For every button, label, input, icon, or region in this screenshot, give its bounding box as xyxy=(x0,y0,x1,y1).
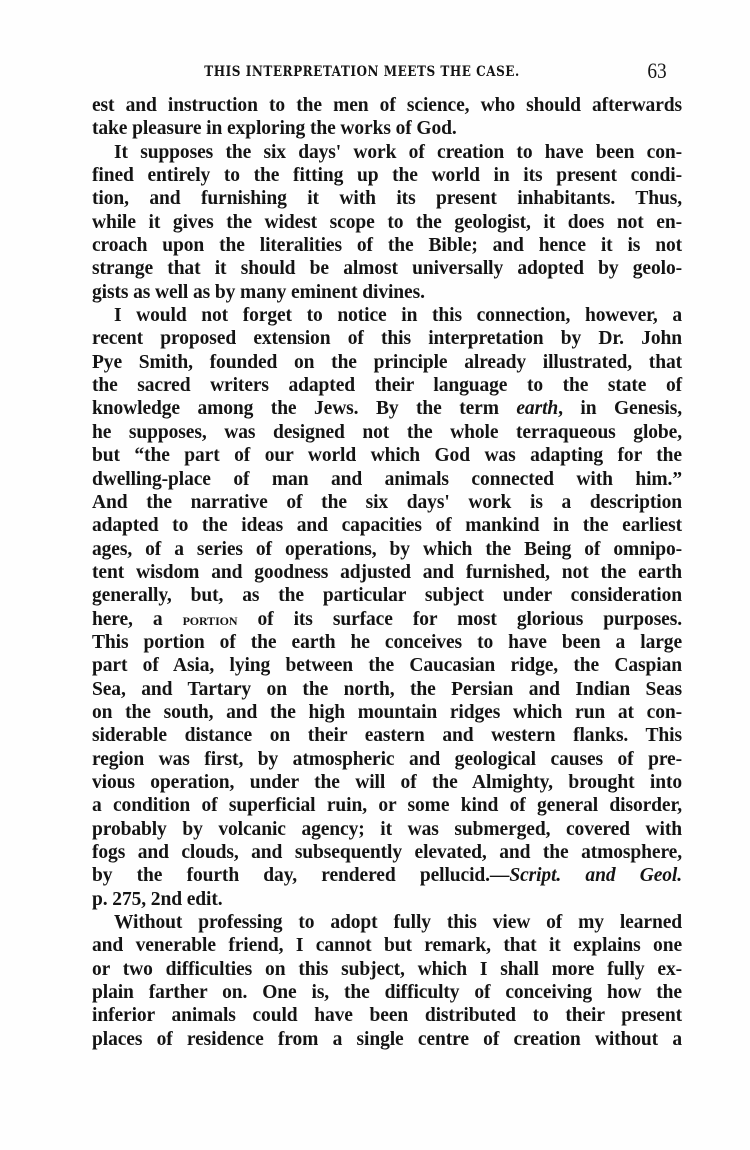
text-line: siderable distance on their eastern and … xyxy=(92,724,682,747)
text-line: fogs and clouds, and subsequently elevat… xyxy=(92,841,682,864)
text-line: And the narrative of the six days' work … xyxy=(92,491,682,514)
text-line: tion, and furnishing it with its present… xyxy=(92,187,682,210)
body-text: est and instruction to the men of scienc… xyxy=(92,94,682,1051)
text-line: vious operation, under the will of the A… xyxy=(92,771,682,794)
text-line: here, a portion of its surface for most … xyxy=(92,608,682,631)
text-line: he supposes, was designed not the whole … xyxy=(92,421,682,444)
text-line: Pye Smith, founded on the principle alre… xyxy=(92,351,682,374)
text-line: croach upon the literalities of the Bibl… xyxy=(92,234,682,257)
text-line: I would not forget to notice in this con… xyxy=(92,304,682,327)
text-line: tent wisdom and goodness adjusted and fu… xyxy=(92,561,682,584)
running-title: This Interpretation Meets the Case. xyxy=(173,64,551,80)
text-line: Without professing to adopt fully this v… xyxy=(92,911,682,934)
paragraph: It supposes the six days' work of creati… xyxy=(92,141,682,304)
text-line: but “the part of our world which God was… xyxy=(92,444,682,467)
text-line: or two difficulties on this subject, whi… xyxy=(92,958,682,981)
text-line: by the fourth day, rendered pellucid.—Sc… xyxy=(92,864,682,887)
text-line: the sacred writers adapted their languag… xyxy=(92,374,682,397)
text-line: part of Asia, lying between the Caucasia… xyxy=(92,654,682,677)
text-line: Sea, and Tartary on the north, the Persi… xyxy=(92,678,682,701)
text-line: plain farther on. One is, the difficulty… xyxy=(92,981,682,1004)
text-line: places of residence from a single centre… xyxy=(92,1028,682,1051)
paragraph: Without professing to adopt fully this v… xyxy=(92,911,682,1051)
text-line: This portion of the earth he conceives t… xyxy=(92,631,682,654)
text-line: generally, but, as the particular subjec… xyxy=(92,584,682,607)
paragraph: I would not forget to notice in this con… xyxy=(92,304,682,911)
text-line: p. 275, 2nd edit. xyxy=(92,888,682,911)
text-line: region was first, by atmospheric and geo… xyxy=(92,748,682,771)
text-line: knowledge among the Jews. By the term ea… xyxy=(92,397,682,420)
page-number: 63 xyxy=(647,58,666,84)
text-line: on the south, and the high mountain ridg… xyxy=(92,701,682,724)
text-line: gists as well as by many eminent divines… xyxy=(92,281,682,304)
text-line: inferior animals could have been distrib… xyxy=(92,1004,682,1027)
paragraph: est and instruction to the men of scienc… xyxy=(92,94,682,141)
text-line: adapted to the ideas and capacities of m… xyxy=(92,514,682,537)
text-line: ages, of a series of operations, by whic… xyxy=(92,538,682,561)
small-caps-text: portion xyxy=(183,610,238,629)
text-line: and venerable friend, I cannot but remar… xyxy=(92,934,682,957)
text-line: fined entirely to the fitting up the wor… xyxy=(92,164,682,187)
text-line: recent proposed extension of this interp… xyxy=(92,327,682,350)
text-line: probably by volcanic agency; it was subm… xyxy=(92,818,682,841)
book-page: This Interpretation Meets the Case. 63 e… xyxy=(0,0,750,1150)
text-line: while it gives the widest scope to the g… xyxy=(92,211,682,234)
text-line: dwelling-place of man and animals connec… xyxy=(92,468,682,491)
italic-text: earth xyxy=(516,398,558,419)
italic-text: Script. and Geol. xyxy=(509,865,682,886)
text-line: est and instruction to the men of scienc… xyxy=(92,94,682,117)
running-head: This Interpretation Meets the Case. 63 xyxy=(92,58,682,88)
text-line: take pleasure in exploring the works of … xyxy=(92,117,682,140)
text-line: strange that it should be almost univers… xyxy=(92,257,682,280)
text-line: a condition of superficial ruin, or some… xyxy=(92,794,682,817)
text-line: It supposes the six days' work of creati… xyxy=(92,141,682,164)
